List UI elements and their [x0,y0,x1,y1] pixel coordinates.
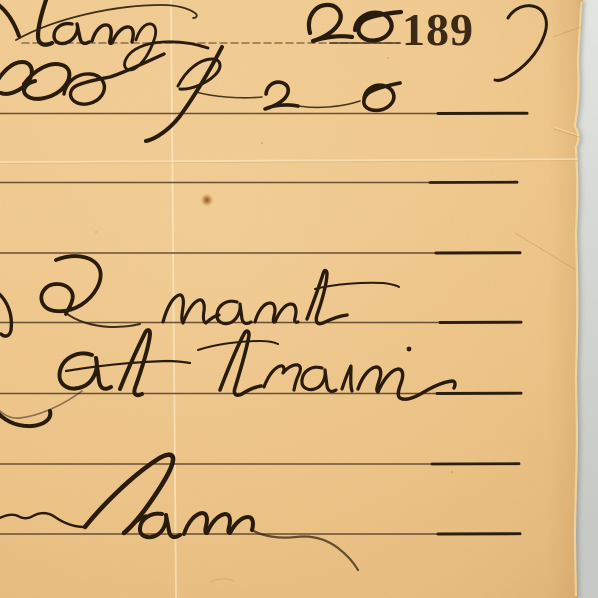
i-dot [407,347,412,352]
printed-year-label: 189 [402,4,474,55]
age-spot-center [205,198,209,202]
paper-speck [387,57,389,59]
paper-speck [261,142,263,144]
scanned-note-photo: 189 [0,0,598,598]
paper-speck [451,471,453,473]
paper-speck [95,231,97,233]
scan-canvas: 189 [0,0,598,598]
